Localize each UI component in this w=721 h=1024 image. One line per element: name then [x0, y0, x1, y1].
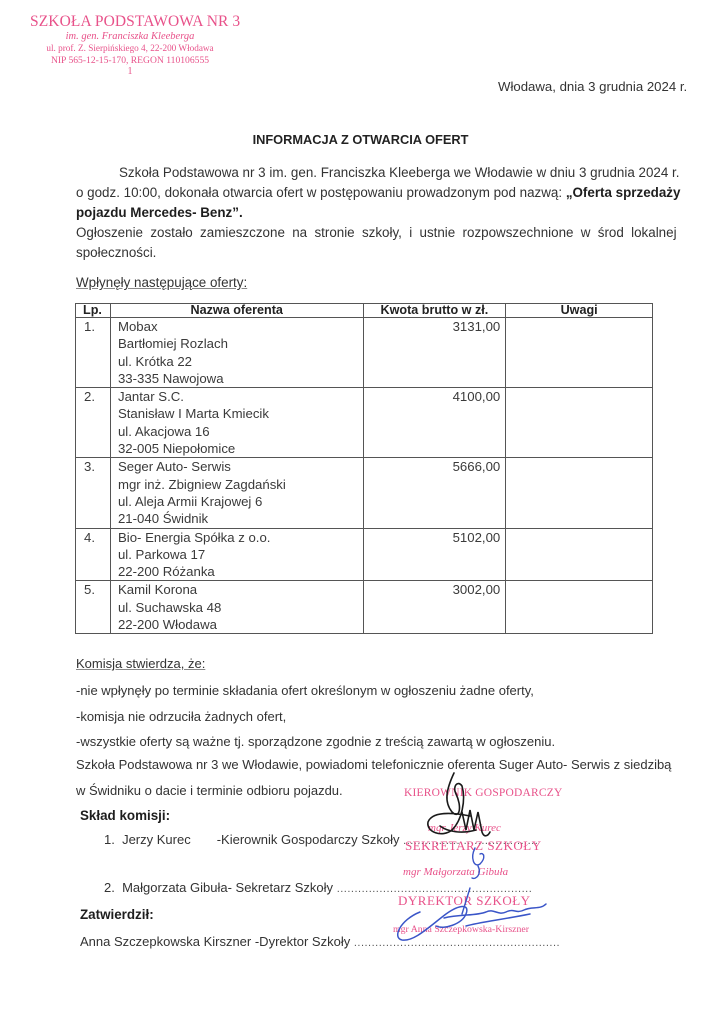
signature-dyrektor-icon — [0, 0, 721, 1024]
